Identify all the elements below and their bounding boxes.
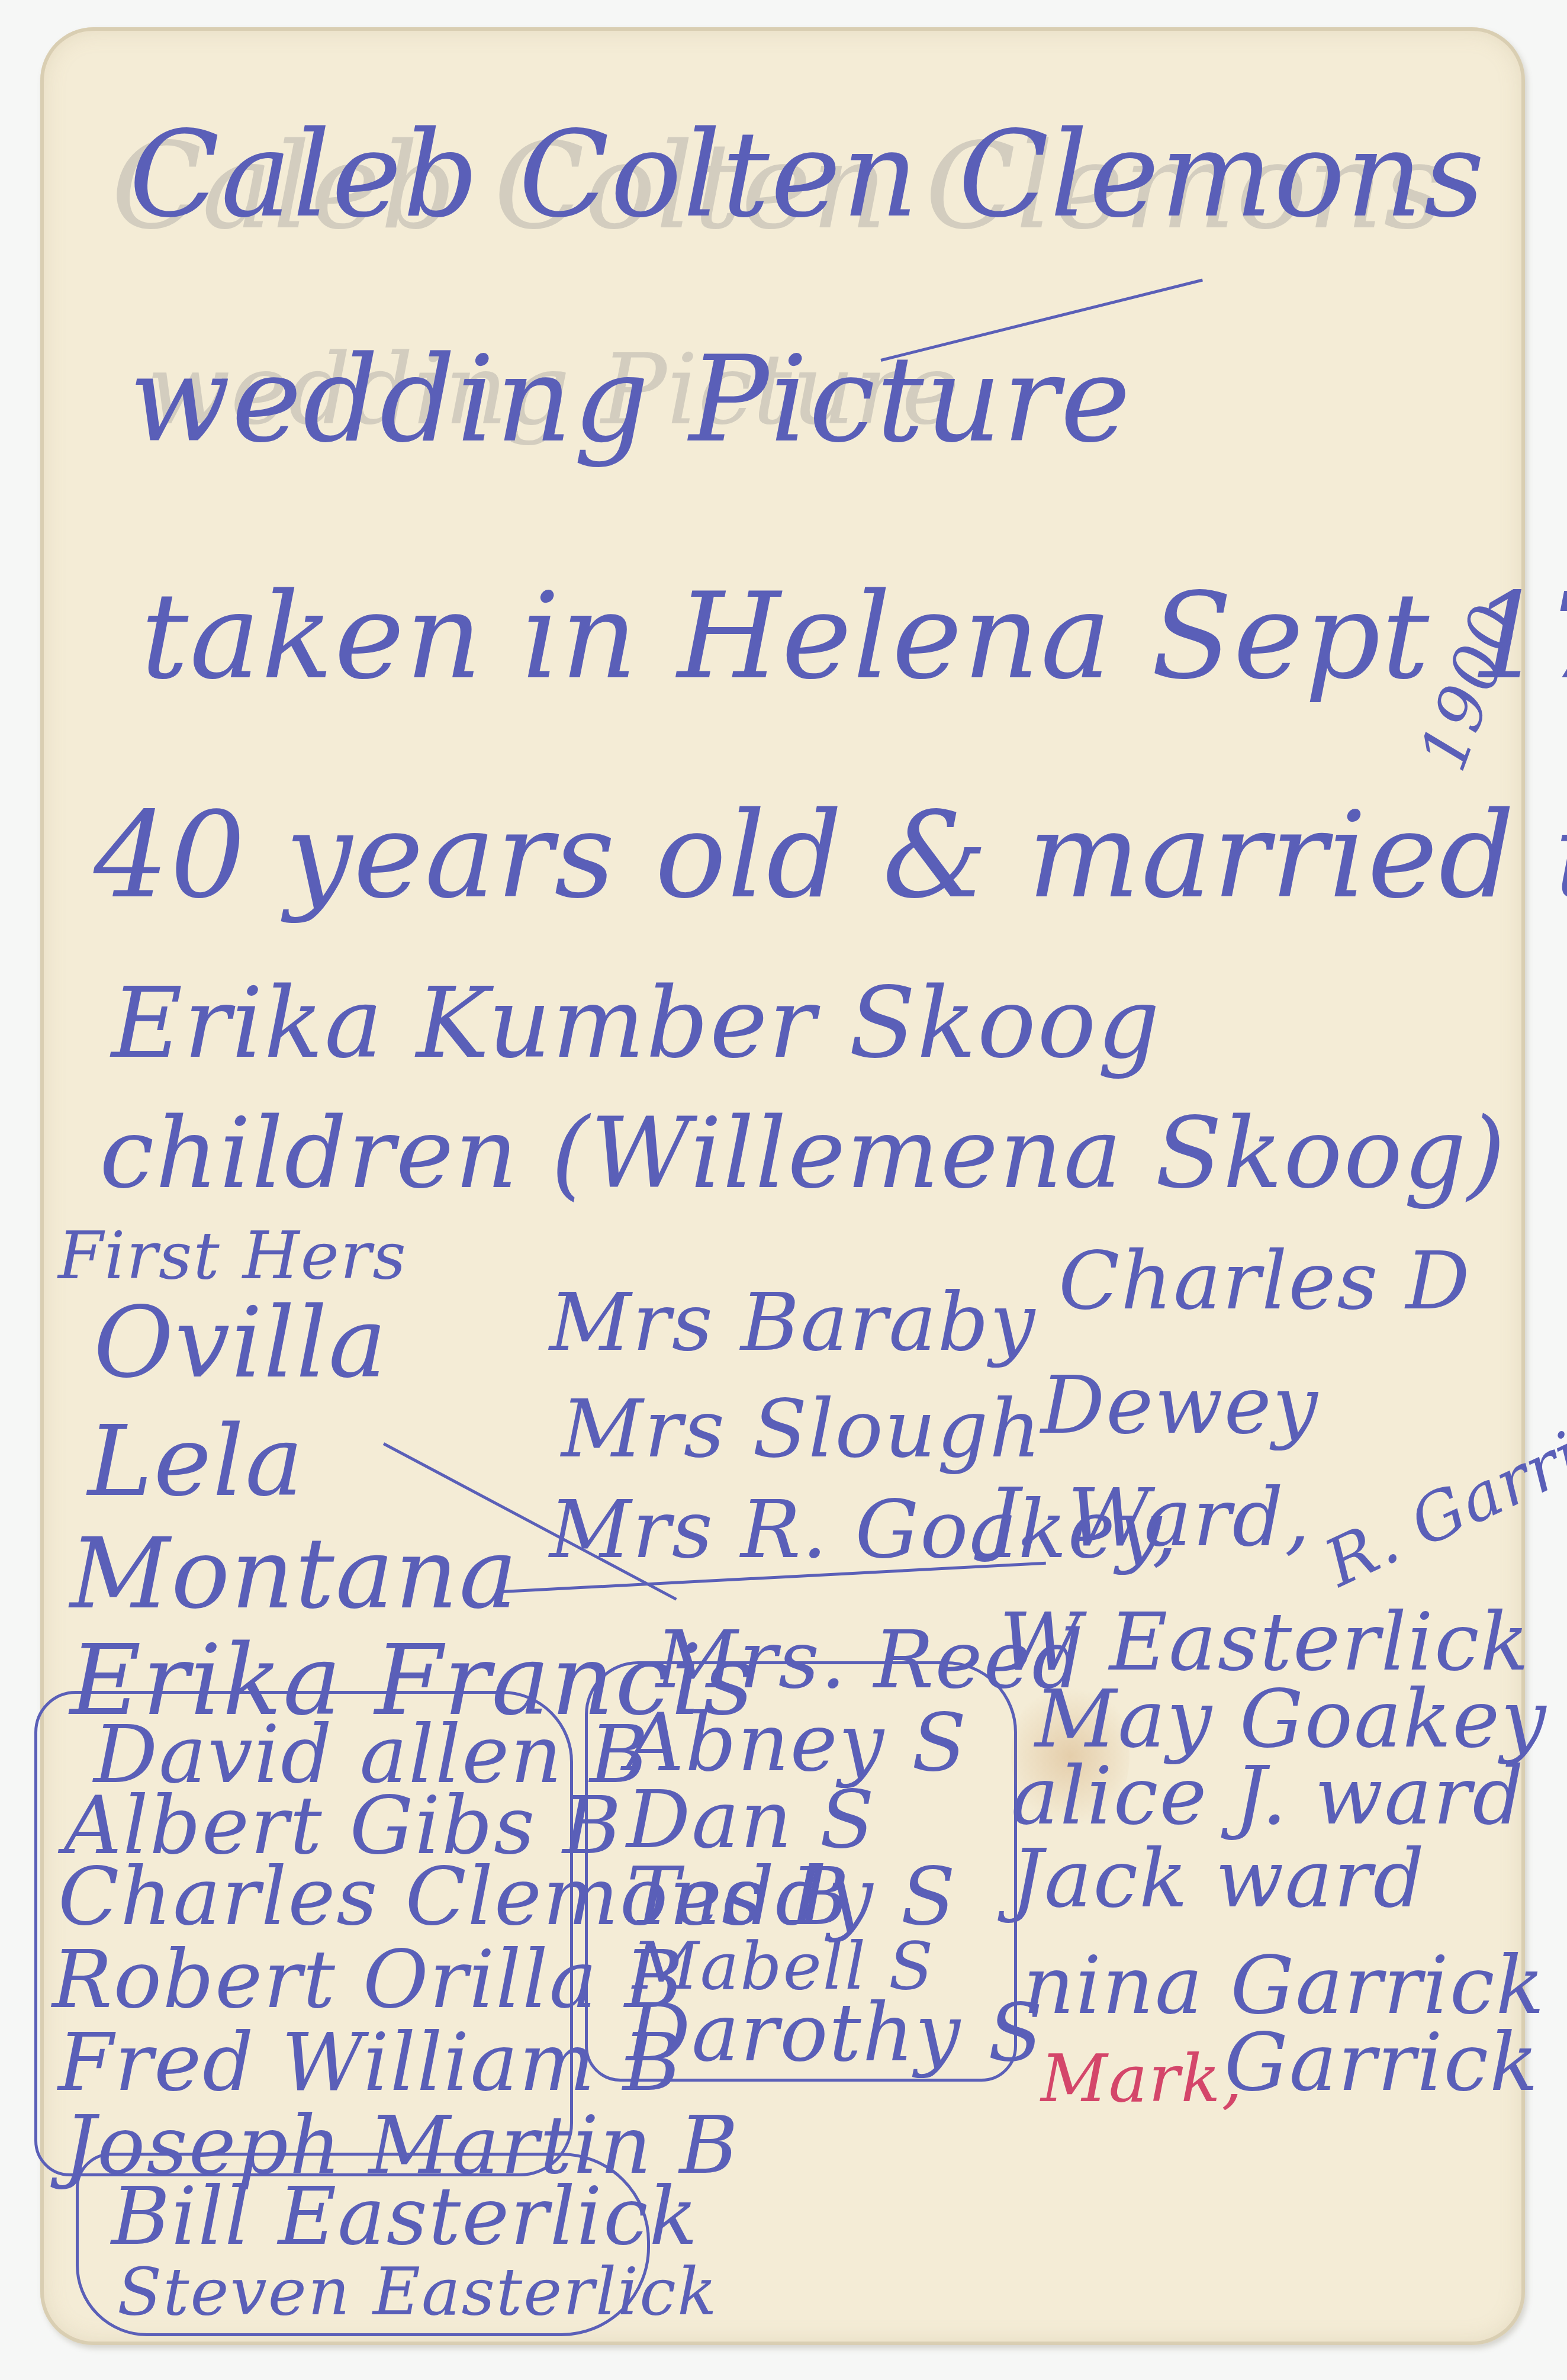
name-w-easterlick: W Easterlick (999, 1602, 1530, 1682)
spouse-name: Erika Kumber Skoog (111, 974, 1161, 1072)
photo-card-back: Caleb Colten Clemons wedding Picture Cal… (40, 27, 1525, 2345)
name-steven-easterlick: Steven Easterlick (117, 2259, 718, 2324)
name-dewey: Dewey (1041, 1365, 1319, 1445)
name-mrs-slough: Mrs Slough (561, 1389, 1042, 1469)
name-charles-d: Charles D (1058, 1241, 1471, 1321)
title-name: Caleb Colten Clemons (129, 116, 1486, 234)
first-hers-heading: First Hers (58, 1223, 407, 1288)
name-j-ward: J. Ward, (987, 1478, 1311, 1558)
name-darothy: Darothy S (626, 1993, 1044, 2073)
name-bill-easterlick: Bill Easterlick (111, 2176, 699, 2256)
title-wedding-picture: wedding Picture (129, 341, 1132, 459)
red-note-mark: Mark, (1041, 2046, 1243, 2111)
name-may-goakey: May Goakey (1035, 1679, 1547, 1759)
name-mrs-baraby: Mrs Baraby (549, 1282, 1036, 1362)
name-jack-ward: Jack ward (1011, 1839, 1426, 1919)
name-montana: Montana (70, 1525, 519, 1623)
name-nina-garrick: nina Garrick (1023, 1945, 1545, 2025)
taken-in-helena: taken in Helena Sept 17 (141, 578, 1567, 696)
name-abney: Abney S (626, 1703, 967, 1783)
name-dan: Dan S (626, 1780, 876, 1860)
name-alice-j-ward: alice J. ward (1011, 1756, 1525, 1836)
children-line: children (Willemena Skoog) (99, 1105, 1507, 1202)
age-married-line: 40 years old & married to (94, 797, 1567, 915)
name-lela: Lela (88, 1413, 304, 1510)
name-garrick: Garrick (1224, 2022, 1539, 2102)
name-r-garrick: R. Garrick (1316, 1388, 1567, 1596)
name-ovilla: Ovilla (94, 1294, 388, 1392)
name-teddy: Teddy S (626, 1857, 957, 1937)
